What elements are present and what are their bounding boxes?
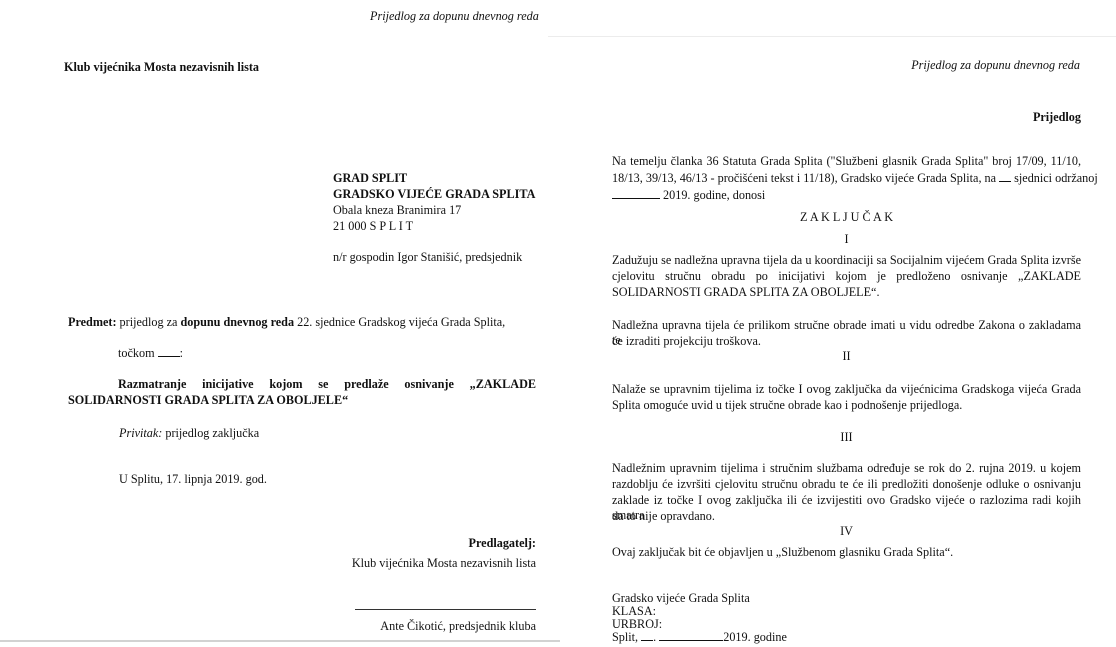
letter-date: U Splitu, 17. lipnja 2019. god. (119, 472, 267, 487)
footer-day-blank (641, 630, 653, 641)
footer-date-sep: . (653, 630, 656, 644)
proposal-header: Prijedlog za dopunu dnevnog reda (911, 58, 1080, 73)
recipient-line-2: GRADSKO VIJEĆE GRADA SPLITA (333, 187, 535, 202)
section-1-para-2-line-2: će izraditi projekciju troškova. (612, 334, 761, 349)
subject-line: Predmet: prijedlog za dopunu dnevnog red… (68, 315, 505, 330)
section-numeral-4: IV (612, 524, 1081, 539)
subject-text-1: prijedlog za (117, 315, 181, 329)
session-number-blank (999, 171, 1011, 182)
subject-text-2: 22. sjednice Gradskog vijeća Grada Split… (294, 315, 505, 329)
item-title-line-2: SOLIDARNOSTI GRADA SPLITA ZA OBOLJELE“ (68, 393, 348, 408)
footer-date: Split, . 2019. godine (612, 630, 787, 645)
signatory-name: Ante Čikotić, predsjednik kluba (380, 619, 536, 634)
sender-name: Klub vijećnika Mosta nezavisnih lista (64, 60, 259, 75)
section-3-line-4: da to nije opravdano. (612, 509, 715, 524)
preamble-text-c: 2019. godine, donosi (660, 188, 765, 202)
attachment-text: prijedlog zaključka (162, 426, 259, 440)
recipient-line-1: GRAD SPLIT (333, 171, 407, 186)
proposal-label: Prijedlog (1033, 110, 1081, 125)
section-2-line-2: Splita omoguće uvid u tijek stručne obra… (612, 398, 962, 413)
attachment-line: Privitak: prijedlog zaključka (119, 426, 259, 441)
recipient-address: Obala kneza Branimira 17 (333, 203, 461, 218)
preamble-line-1: Na temelju članka 36 Statuta Grada Split… (612, 154, 1081, 169)
section-numeral-2: II (612, 349, 1081, 364)
conclusion-title: Z A K L J U Č A K (612, 210, 1081, 225)
proposer-label: Predlagatelj: (469, 536, 536, 551)
item-number-line: točkom : (118, 346, 183, 361)
footer-date-prefix: Split, (612, 630, 641, 644)
attachment-label: Privitak: (119, 426, 162, 440)
subject-bold: dopunu dnevnog reda (180, 315, 294, 329)
item-title-line-1: Razmatranje inicijative kojom se predlaž… (118, 377, 536, 392)
footer-date-suffix: 2019. godine (723, 630, 787, 644)
preamble-text-a: 18/13, 39/13, 46/13 - pročišćeni tekst i… (612, 171, 999, 185)
subject-label: Predmet: (68, 315, 117, 329)
session-date-blank (612, 188, 660, 199)
preamble-text-b: sjednici održanoj (1011, 171, 1098, 185)
section-3-line-2: razdoblju će izvršiti cjelovitu stručnu … (612, 477, 1081, 492)
signature-line (355, 609, 536, 610)
section-1-line-2: cjelovitu stručnu obradu po inicijativi … (612, 269, 1081, 284)
section-numeral-3: III (612, 430, 1081, 445)
section-2-line-1: Nalaže se upravnim tijelima iz točke I o… (612, 382, 1081, 397)
section-3-line-1: Nadležnim upravnim tijelima i stručnim s… (612, 461, 1081, 476)
recipient-attention: n/r gospodin Igor Stanišić, predsjednik (333, 250, 522, 265)
recipient-city: 21 000 S P L I T (333, 219, 413, 234)
letter-page: Prijedlog za dopunu dnevnog reda Klub vi… (0, 0, 560, 640)
item-label: točkom (118, 346, 155, 360)
item-suffix: : (180, 346, 183, 360)
preamble-line-2: 18/13, 39/13, 46/13 - pročišćeni tekst i… (612, 171, 1098, 186)
item-number-blank (158, 346, 180, 357)
section-1-line-3: SOLIDARNOSTI GRADA SPLITA ZA OBOLJELE“. (612, 285, 880, 300)
letter-header: Prijedlog za dopunu dnevnog reda (370, 9, 539, 24)
footer-month-blank (659, 630, 723, 641)
section-numeral-1: I (612, 232, 1081, 247)
proposer-name: Klub vijećnika Mosta nezavisnih lista (352, 556, 536, 571)
page-separator-top (548, 36, 1116, 37)
section-4-line-1: Ovaj zaključak bit će objavljen u „Služb… (612, 545, 953, 560)
proposal-page: Prijedlog za dopunu dnevnog reda Prijedl… (548, 40, 1116, 647)
section-1-line-1: Zadužuju se nadležna upravna tijela da u… (612, 253, 1081, 268)
page-separator (0, 640, 560, 642)
preamble-line-3: 2019. godine, donosi (612, 188, 765, 203)
